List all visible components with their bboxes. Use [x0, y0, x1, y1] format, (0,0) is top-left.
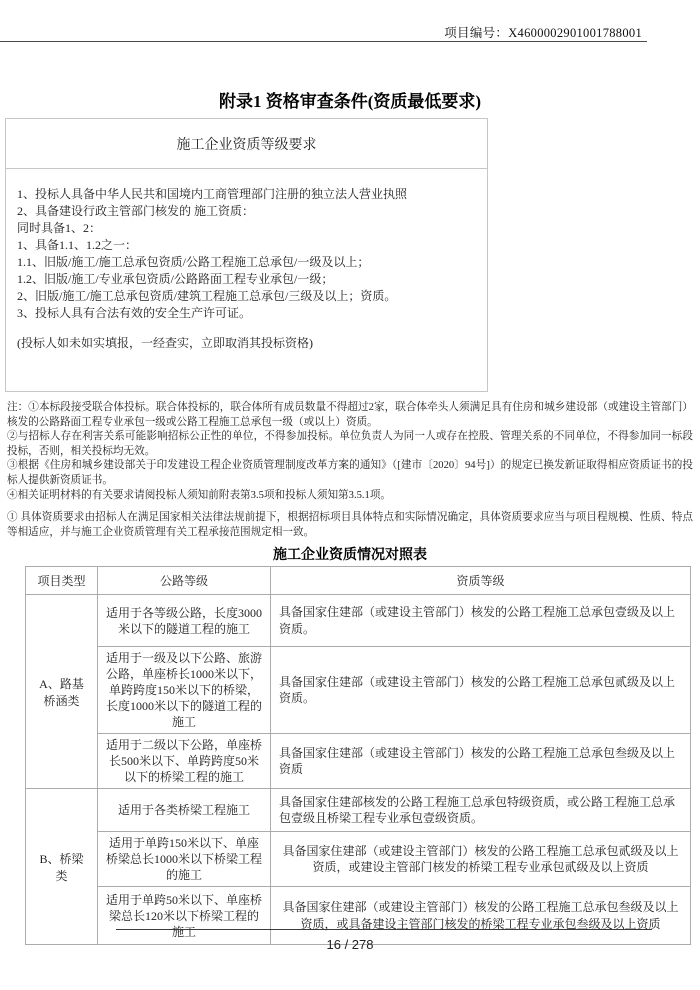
penalty-note: (投标人如未如实填报，一经查实，立即取消其投标资格) [17, 335, 477, 352]
requirement-line: 1、具备1.1、1.2之一： [17, 237, 477, 254]
qualification-cell: 具备国家住建部（或建设主管部门）核发的公路工程施工总承包叁级及以上资质，或具备建… [271, 887, 691, 945]
highway-grade-cell: 适用于单跨50米以下、单座桥梁总长120米以下桥梁工程的施工 [98, 887, 271, 945]
column-header-highway-grade: 公路等级 [98, 567, 271, 595]
table-header-row: 项目类型 公路等级 资质等级 [26, 567, 691, 595]
column-header-project-type: 项目类型 [26, 567, 98, 595]
highway-grade-cell: 适用于各类桥梁工程施工 [98, 789, 271, 832]
note-paragraph: ③根据《住房和城乡建设部关于印发建设工程企业资质管理制度改革方案的通知》（[建市… [7, 459, 693, 488]
note-paragraph: ②与招标人存在利害关系可能影响招标公正性的单位，不得参加投标。单位负责人为同一人… [7, 430, 693, 459]
comparison-table-title: 施工企业资质情况对照表 [0, 544, 700, 564]
page-number: 16 / 278 [0, 937, 700, 952]
notes-section: 注：①本标段接受联合体投标。联合体投标的，联合体所有成员数量不得超过2家，联合体… [7, 401, 693, 540]
requirement-line: 2、旧版/施工/施工总承包资质/建筑工程施工总承包/三级及以上；资质。 [17, 288, 477, 305]
qualification-cell: 具备国家住建部（或建设主管部门）核发的公路工程施工总承包壹级及以上资质。 [271, 595, 691, 647]
highway-grade-cell: 适用于单跨150米以下、单座桥梁总长1000米以下桥梁工程的施工 [98, 832, 271, 887]
document-page: 项目编号：X4600002901001788001 附录1 资格审查条件(资质最… [0, 0, 700, 990]
requirement-line: 1.2、旧版/施工/专业承包资质/公路路面工程专业承包/一级； [17, 271, 477, 288]
project-type-cell: B、桥梁类 [26, 789, 98, 945]
requirement-line: 2、具备建设行政主管部门核发的 施工资质： [17, 203, 477, 220]
note-paragraph: ① 具体资质要求由招标人在满足国家相关法律法规前提下，根据招标项目具体特点和实际… [7, 511, 693, 540]
table-row: A、路基桥涵类 适用于各等级公路，长度3000米以下的隧道工程的施工 具备国家住… [26, 595, 691, 647]
table-row: 适用于单跨50米以下、单座桥梁总长120米以下桥梁工程的施工 具备国家住建部（或… [26, 887, 691, 945]
table-row: 适用于一级及以下公路、旅游公路，单座桥长1000米以下，单跨跨度150米以下的桥… [26, 647, 691, 734]
note-paragraph: 注：①本标段接受联合体投标。联合体投标的，联合体所有成员数量不得超过2家，联合体… [7, 401, 693, 430]
page-title: 附录1 资格审查条件(资质最低要求) [0, 87, 700, 112]
qualification-cell: 具备国家住建部核发的公路工程施工总承包特级资质，或公路工程施工总承包壹级且桥梁工… [271, 789, 691, 832]
table-row: B、桥梁类 适用于各类桥梁工程施工 具备国家住建部核发的公路工程施工总承包特级资… [26, 789, 691, 832]
paragraph-gap [7, 503, 693, 511]
project-type-cell: A、路基桥涵类 [26, 595, 98, 789]
table-row: 适用于单跨150米以下、单座桥梁总长1000米以下桥梁工程的施工 具备国家住建部… [26, 832, 691, 887]
highway-grade-cell: 适用于各等级公路，长度3000米以下的隧道工程的施工 [98, 595, 271, 647]
footer-rule [116, 929, 652, 930]
requirement-line: 3、投标人具有合法有效的安全生产许可证。 [17, 305, 477, 322]
qualification-box-heading: 施工企业资质等级要求 [6, 119, 487, 169]
highway-grade-cell: 适用于二级以下公路，单座桥长500米以下、单跨跨度50米以下的桥梁工程的施工 [98, 734, 271, 789]
qualification-requirements-box: 施工企业资质等级要求 1、投标人具备中华人民共和国境内工商管理部门注册的独立法人… [5, 118, 488, 392]
requirement-line: 1.1、旧版/施工/施工总承包资质/公路工程施工总承包/一级及以上； [17, 254, 477, 271]
note-paragraph: ④相关证明材料的有关要求请阅投标人须知前附表第3.5项和投标人须知第3.5.1项… [7, 489, 693, 504]
project-number: 项目编号：X4600002901001788001 [444, 23, 642, 41]
requirement-line: 同时具备1、2： [17, 220, 477, 237]
table-row: 适用于二级以下公路，单座桥长500米以下、单跨跨度50米以下的桥梁工程的施工 具… [26, 734, 691, 789]
highway-grade-cell: 适用于一级及以下公路、旅游公路，单座桥长1000米以下，单跨跨度150米以下的桥… [98, 647, 271, 734]
requirement-line: 1、投标人具备中华人民共和国境内工商管理部门注册的独立法人营业执照 [17, 186, 477, 203]
qualification-box-body: 1、投标人具备中华人民共和国境内工商管理部门注册的独立法人营业执照 2、具备建设… [6, 169, 487, 352]
qualification-cell: 具备国家住建部（或建设主管部门）核发的公路工程施工总承包叁级及以上资质 [271, 734, 691, 789]
qualification-cell: 具备国家住建部（或建设主管部门）核发的公路工程施工总承包贰级及以上资质。 [271, 647, 691, 734]
qualification-cell: 具备国家住建部（或建设主管部门）核发的公路工程施工总承包贰级及以上资质，或建设主… [271, 832, 691, 887]
qualification-comparison-table: 项目类型 公路等级 资质等级 A、路基桥涵类 适用于各等级公路，长度3000米以… [25, 566, 691, 945]
header-rule [0, 41, 647, 42]
column-header-qualification-grade: 资质等级 [271, 567, 691, 595]
